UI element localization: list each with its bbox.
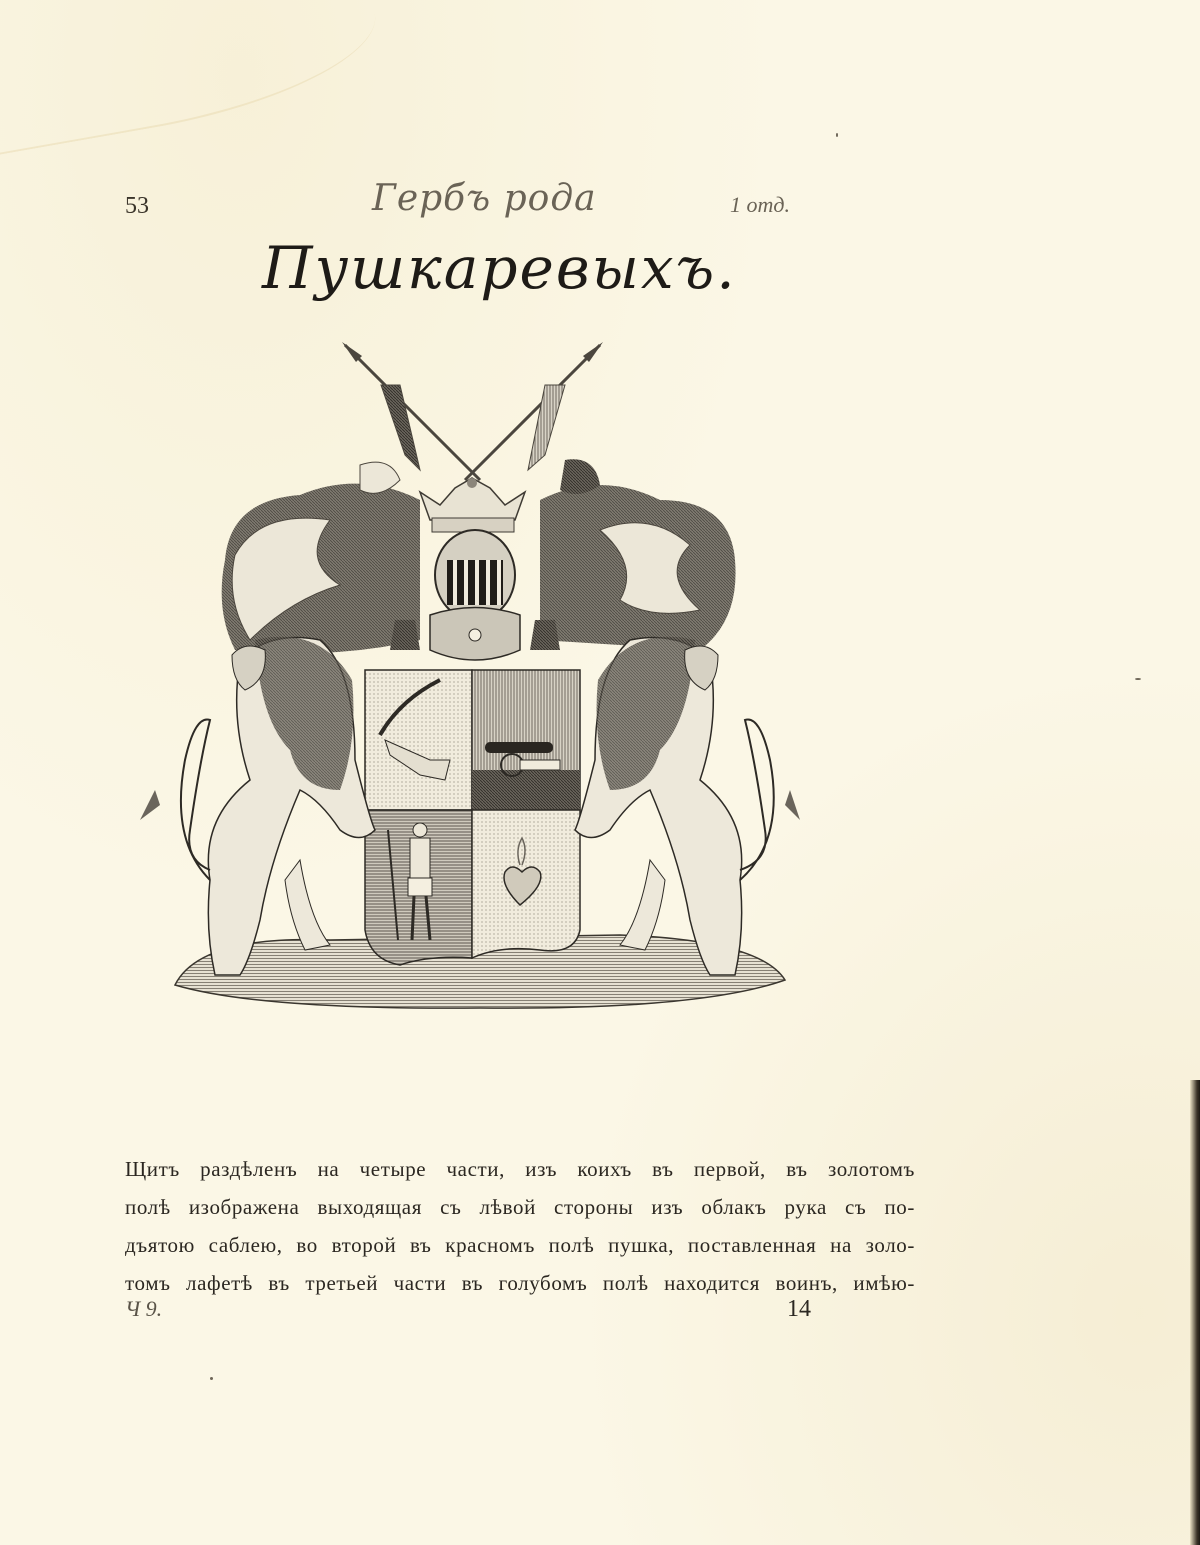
signature-mark: Ч 9. bbox=[125, 1296, 162, 1322]
shield-icon bbox=[365, 670, 580, 965]
paper-speck bbox=[1135, 678, 1141, 680]
right-lion-supporter-icon bbox=[575, 637, 800, 975]
page-edge bbox=[1190, 1080, 1200, 1545]
blazon-line: полѣ изображена выходящая съ лѣвой сторо… bbox=[125, 1188, 915, 1226]
left-lion-supporter-icon bbox=[140, 637, 375, 975]
document-page: 53 Гербъ рода 1 отд. Пушкаревыхъ. bbox=[0, 0, 1200, 1545]
header-subtitle: Гербъ рода bbox=[372, 178, 597, 219]
coat-of-arms-illustration bbox=[125, 335, 815, 1025]
paper-stain bbox=[0, 0, 388, 156]
blazon-line: Щитъ раздѣленъ на четыре части, изъ коих… bbox=[125, 1150, 915, 1188]
crown-icon bbox=[420, 478, 525, 532]
blazon-line: дъятою саблею, во второй въ красномъ пол… bbox=[125, 1226, 915, 1264]
paper-speck bbox=[836, 133, 838, 137]
section-mark: 1 отд. bbox=[730, 192, 790, 218]
plate-number: 53 bbox=[125, 193, 149, 220]
family-name-title: Пушкаревыхъ. bbox=[262, 234, 737, 302]
blazon-description: Щитъ раздѣленъ на четыре части, изъ коих… bbox=[125, 1150, 915, 1302]
crossed-lances-icon bbox=[342, 342, 603, 480]
page-signature: 14 bbox=[787, 1296, 811, 1323]
paper-speck bbox=[210, 1377, 213, 1380]
